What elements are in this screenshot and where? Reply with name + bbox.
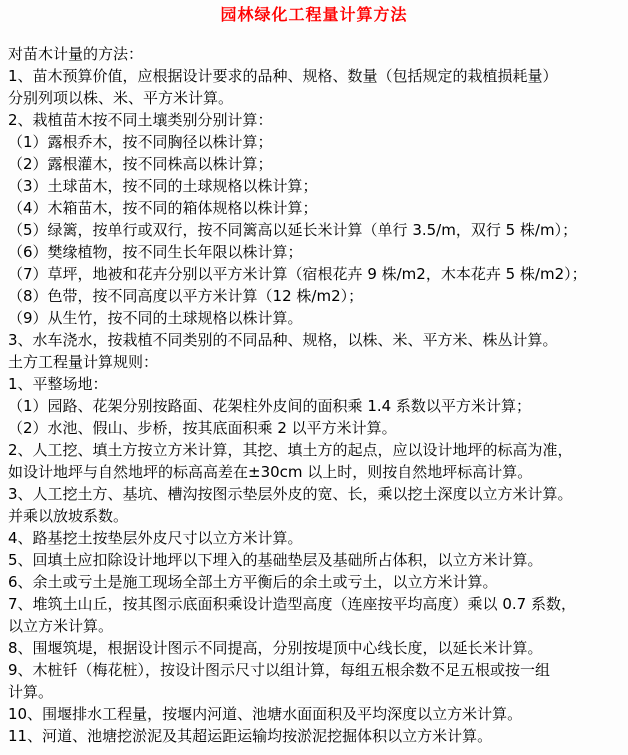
text-line: （6）樊缘植物，按不同生长年限以株计算； bbox=[8, 241, 626, 263]
text-line: （5）绿篱，按单行或双行，按不同篱高以延长米计算（单行 3.5/m，双行 5 株… bbox=[8, 219, 626, 241]
document-title: 园林绿化工程量计算方法 bbox=[0, 0, 628, 25]
text-line: 1、平整场地： bbox=[8, 373, 626, 395]
text-line: 2、人工挖、填土方按立方米计算，其挖、填土方的起点，应以设计地坪的标高为准， bbox=[8, 439, 626, 461]
text-line: 如设计地坪与自然地坪的标高高差在±30cm 以上时，则按自然地坪标高计算。 bbox=[8, 461, 626, 483]
text-line: 10、围堰排水工程量，按堰内河道、池塘水面面积及平均深度以立方米计算。 bbox=[8, 703, 626, 725]
text-line: 计算。 bbox=[8, 681, 626, 703]
text-line: 1、苗木预算价值，应根据设计要求的品种、规格、数量（包括规定的栽植损耗量） bbox=[8, 65, 626, 87]
text-line: （7）草坪，地被和花卉分别以平方米计算（宿根花卉 9 株/m2，木本花卉 5 株… bbox=[8, 263, 626, 285]
text-line: 8、围堰筑堤，根据设计图示不同提高，分别按堤顶中心线长度，以延长米计算。 bbox=[8, 637, 626, 659]
text-line: 9、木桩钎（梅花桩），按设计图示尺寸以组计算，每组五根余数不足五根或按一组 bbox=[8, 659, 626, 681]
text-line: 土方工程量计算规则： bbox=[8, 351, 626, 373]
text-line: （4）木箱苗木，按不同的箱体规格以株计算； bbox=[8, 197, 626, 219]
text-line: （8）色带，按不同高度以平方米计算（12 株/m2）； bbox=[8, 285, 626, 307]
text-line: （3）土球苗木，按不同的土球规格以株计算； bbox=[8, 175, 626, 197]
text-line: （1）露根乔木，按不同胸径以株计算； bbox=[8, 131, 626, 153]
text-line: （9）从生竹，按不同的土球规格以株计算。 bbox=[8, 307, 626, 329]
text-line: 4、路基挖土按垫层外皮尺寸以立方米计算。 bbox=[8, 527, 626, 549]
text-line: 5、回填土应扣除设计地坪以下埋入的基础垫层及基础所占体积，以立方米计算。 bbox=[8, 549, 626, 571]
text-line: 11、河道、池塘挖淤泥及其超运距运输均按淤泥挖掘体积以立方米计算。 bbox=[8, 725, 626, 747]
text-line: 2、栽植苗木按不同土壤类别分别计算： bbox=[8, 109, 626, 131]
document-body: 对苗木计量的方法： 1、苗木预算价值，应根据设计要求的品种、规格、数量（包括规定… bbox=[0, 25, 628, 747]
text-line: 并乘以放坡系数。 bbox=[8, 505, 626, 527]
text-line: 以立方米计算。 bbox=[8, 615, 626, 637]
text-line: （2）水池、假山、步桥，按其底面积乘 2 以平方米计算。 bbox=[8, 417, 626, 439]
text-line: 对苗木计量的方法： bbox=[8, 43, 626, 65]
text-line: 3、水车浇水，按栽植不同类别的不同品种、规格，以株、米、平方米、株丛计算。 bbox=[8, 329, 626, 351]
text-line: 3、人工挖土方、基坑、槽沟按图示垫层外皮的宽、长，乘以挖土深度以立方米计算。 bbox=[8, 483, 626, 505]
document-page: 园林绿化工程量计算方法 对苗木计量的方法： 1、苗木预算价值，应根据设计要求的品… bbox=[0, 0, 628, 755]
text-line: 7、堆筑土山丘，按其图示底面积乘设计造型高度（连座按平均高度）乘以 0.7 系数… bbox=[8, 593, 626, 615]
text-line: （2）露根灌木，按不同株高以株计算； bbox=[8, 153, 626, 175]
text-line: 分别列项以株、米、平方米计算。 bbox=[8, 87, 626, 109]
text-line: 6、余土或亏土是施工现场全部土方平衡后的余土或亏土，以立方米计算。 bbox=[8, 571, 626, 593]
text-line: （1）园路、花架分别按路面、花架柱外皮间的面积乘 1.4 系数以平方米计算； bbox=[8, 395, 626, 417]
